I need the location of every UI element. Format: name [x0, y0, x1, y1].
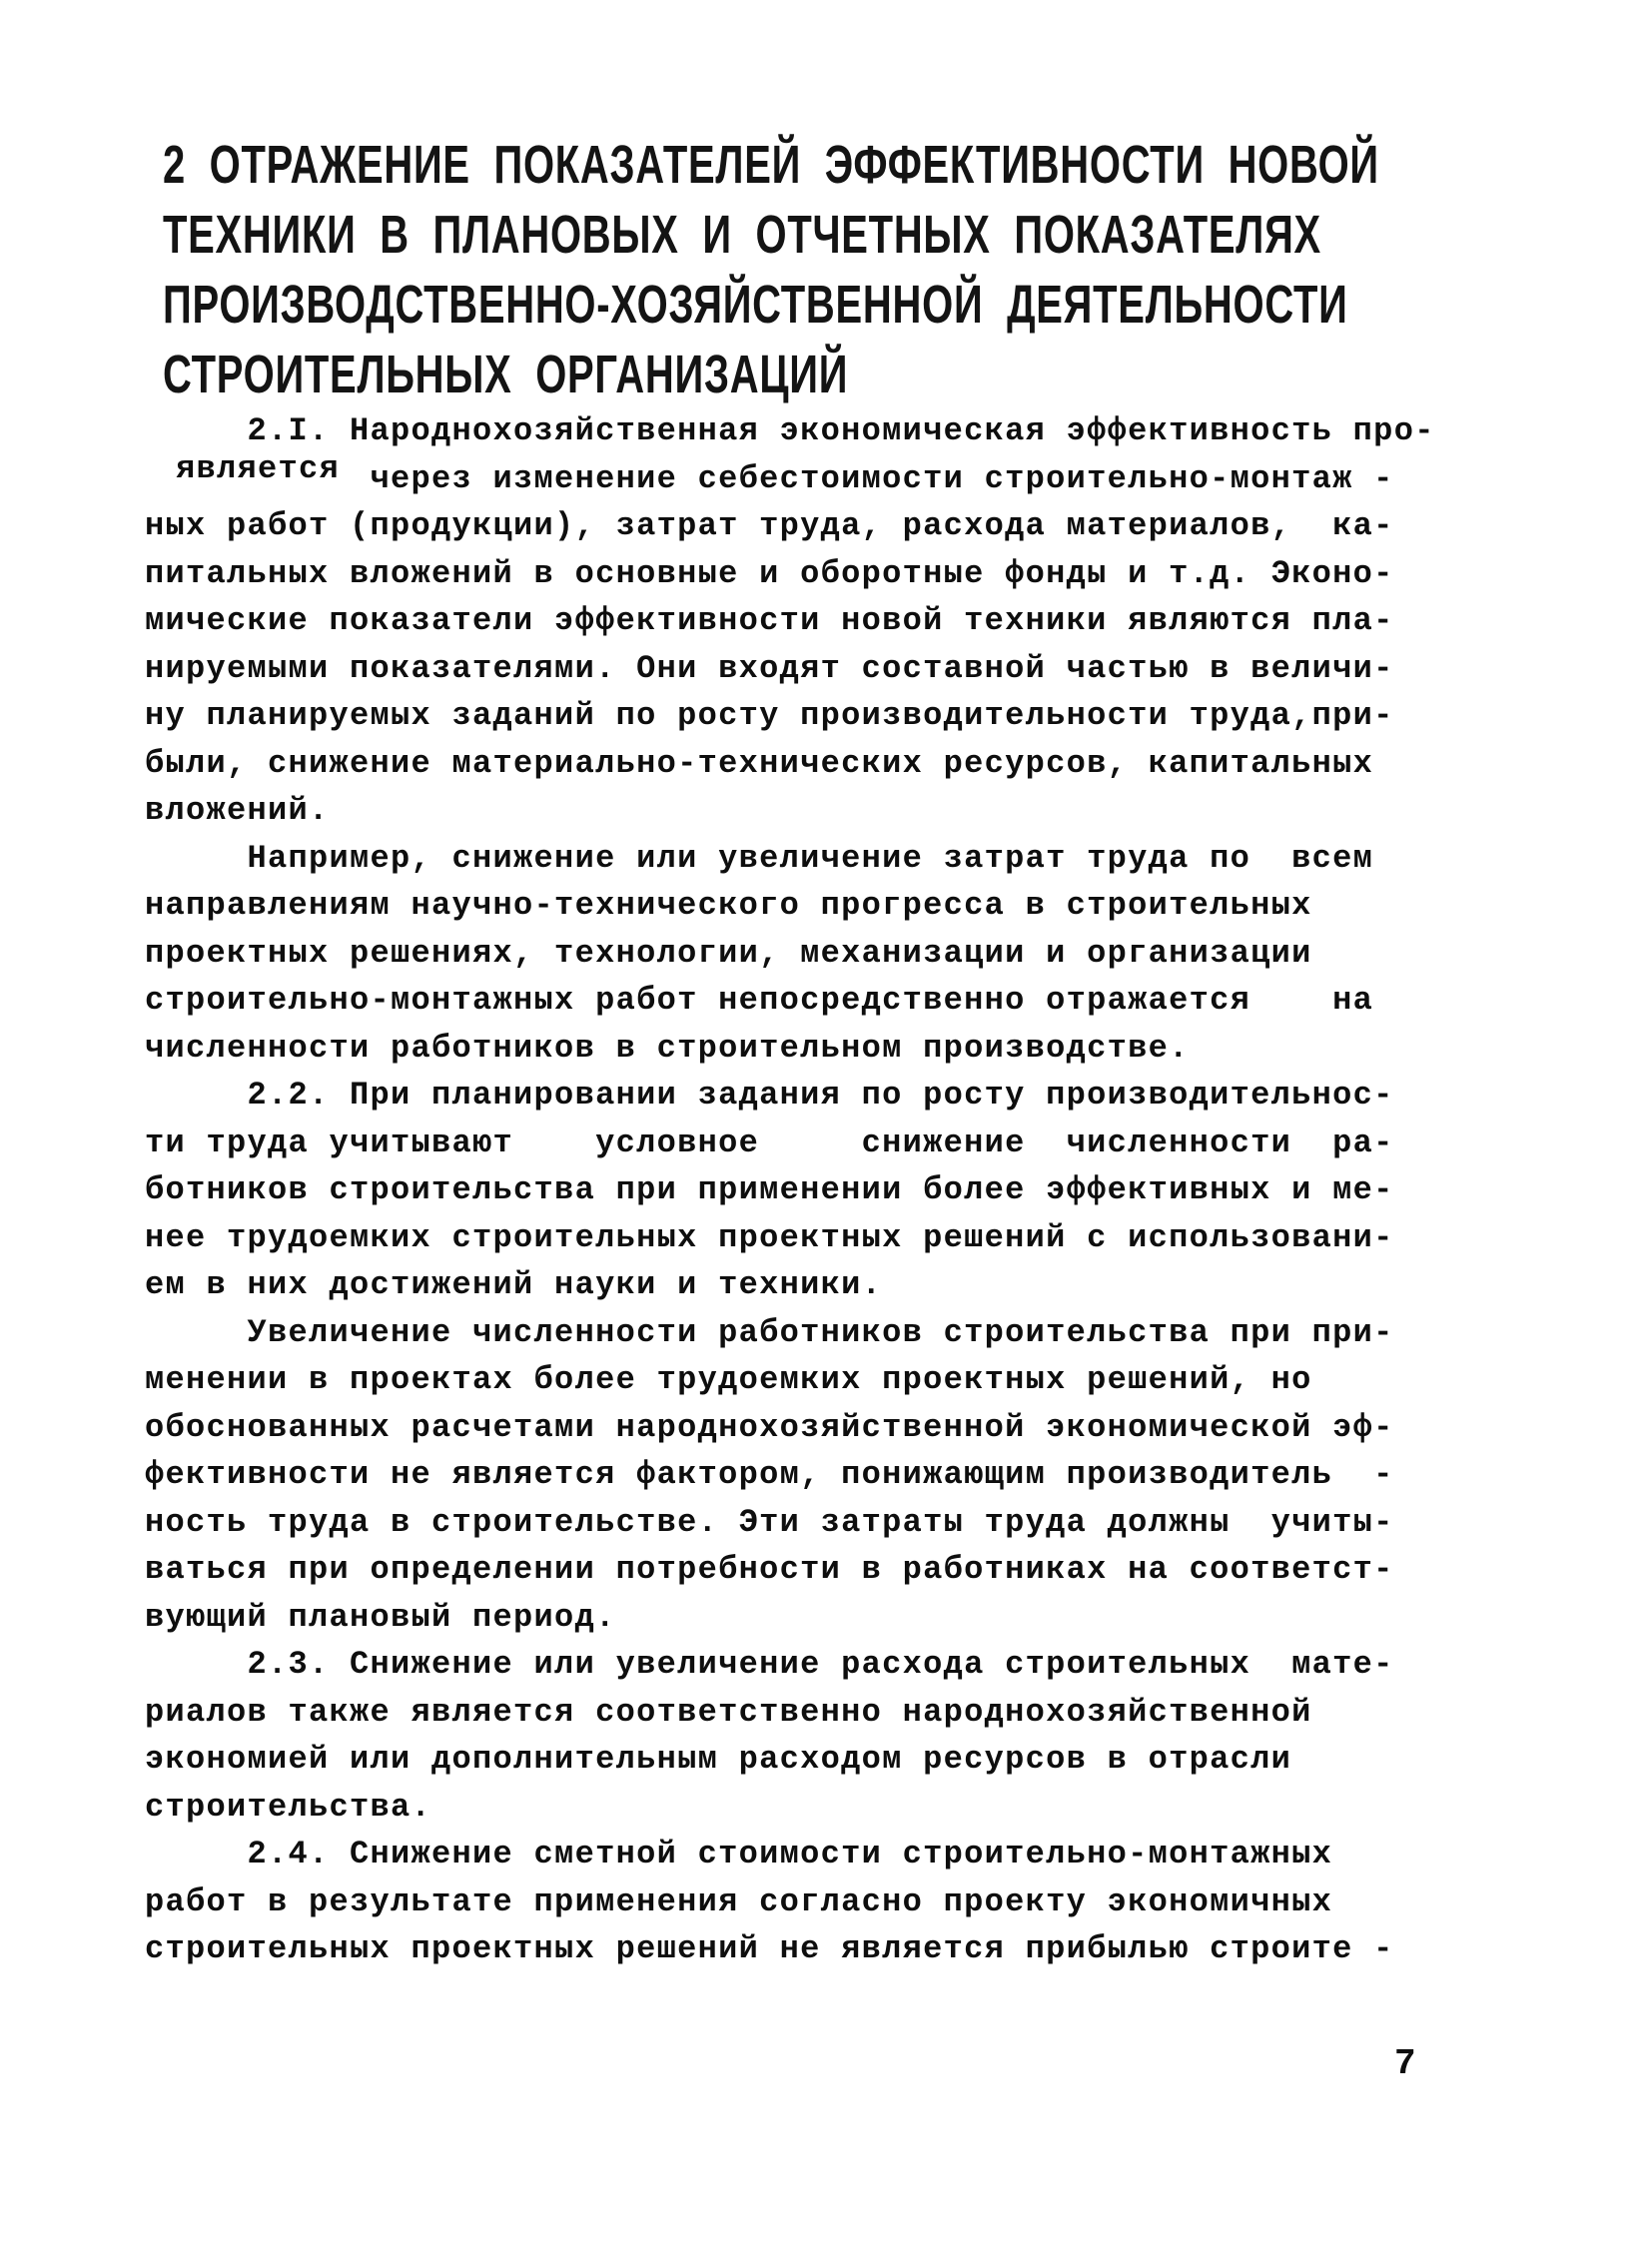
text-line: нее трудоемких строительных проектных ре… — [145, 1214, 1435, 1262]
text-line: работ в результате применения согласно п… — [145, 1878, 1435, 1926]
body-text: 2.I. Народнохозяйственная экономическая … — [145, 407, 1435, 1973]
text-line: ботников строительства при применении бо… — [145, 1166, 1435, 1214]
inserted-correction-word: является — [176, 450, 340, 487]
text-line: ность труда в строительстве. Эти затраты… — [145, 1499, 1435, 1547]
heading-line: ТЕХНИКИ В ПЛАНОВЫХ И ОТЧЕТНЫХ ПОКАЗАТЕЛЯ… — [163, 200, 1379, 270]
text-line: мические показатели эффективности новой … — [145, 597, 1435, 645]
text-line: строительства. — [145, 1784, 1435, 1832]
text-line: вующий плановый период. — [145, 1594, 1435, 1642]
heading-line: ПРОИЗВОДСТВЕННО-ХОЗЯЙСТВЕННОЙ ДЕЯТЕЛЬНОС… — [163, 270, 1379, 340]
text-line: обоснованных расчетами народнохозяйствен… — [145, 1404, 1435, 1452]
text-line: проектных решениях, технологии, механиза… — [145, 930, 1435, 978]
page-number: 7 — [1394, 2043, 1416, 2084]
document-page: 2 ОТРАЖЕНИЕ ПОКАЗАТЕЛЕЙ ЭФФЕКТИВНОСТИ НО… — [0, 0, 1652, 2241]
text-line: ти труда учитывают условное снижение чис… — [145, 1120, 1435, 1167]
text-line: ну планируемых заданий по росту производ… — [145, 692, 1435, 740]
text-line: ваться при определении потребности в раб… — [145, 1546, 1435, 1594]
text-line: Увеличение численности работников строит… — [145, 1309, 1435, 1357]
text-line: менении в проектах более трудоемких прое… — [145, 1356, 1435, 1404]
text-line: нируемыми показателями. Они входят соста… — [145, 645, 1435, 693]
text-line: направлениям научно-технического прогрес… — [145, 882, 1435, 930]
text-line: Например, снижение или увеличение затрат… — [145, 835, 1435, 883]
section-heading: 2 ОТРАЖЕНИЕ ПОКАЗАТЕЛЕЙ ЭФФЕКТИВНОСТИ НО… — [163, 130, 1652, 409]
text-line: ных работ (продукции), затрат труда, рас… — [145, 502, 1435, 550]
text-line: численности работников в строительном пр… — [145, 1025, 1435, 1073]
text-line: 2.2. При планировании задания по росту п… — [145, 1072, 1435, 1120]
text-line: ем в них достижений науки и техники. — [145, 1261, 1435, 1309]
text-line: строительно-монтажных работ непосредстве… — [145, 977, 1435, 1025]
text-line: экономией или дополнительным расходом ре… — [145, 1736, 1435, 1784]
text-line: фективности не является фактором, понижа… — [145, 1451, 1435, 1499]
heading-line: СТРОИТЕЛЬНЫХ ОРГАНИЗАЦИЙ — [163, 340, 1379, 409]
text-line: 2.3. Снижение или увеличение расхода стр… — [145, 1641, 1435, 1689]
text-line: строительных проектных решений не являет… — [145, 1925, 1435, 1973]
text-line: питальных вложений в основные и оборотны… — [145, 550, 1435, 598]
text-line: риалов также является соответственно нар… — [145, 1689, 1435, 1737]
text-line: 2.I. Народнохозяйственная экономическая … — [145, 407, 1435, 455]
text-line: вложений. — [145, 787, 1435, 835]
text-line: 2.4. Снижение сметной стоимости строител… — [145, 1831, 1435, 1878]
text-line: были, снижение материально-технических р… — [145, 740, 1435, 788]
heading-line: 2 ОТРАЖЕНИЕ ПОКАЗАТЕЛЕЙ ЭФФЕКТИВНОСТИ НО… — [163, 130, 1379, 200]
